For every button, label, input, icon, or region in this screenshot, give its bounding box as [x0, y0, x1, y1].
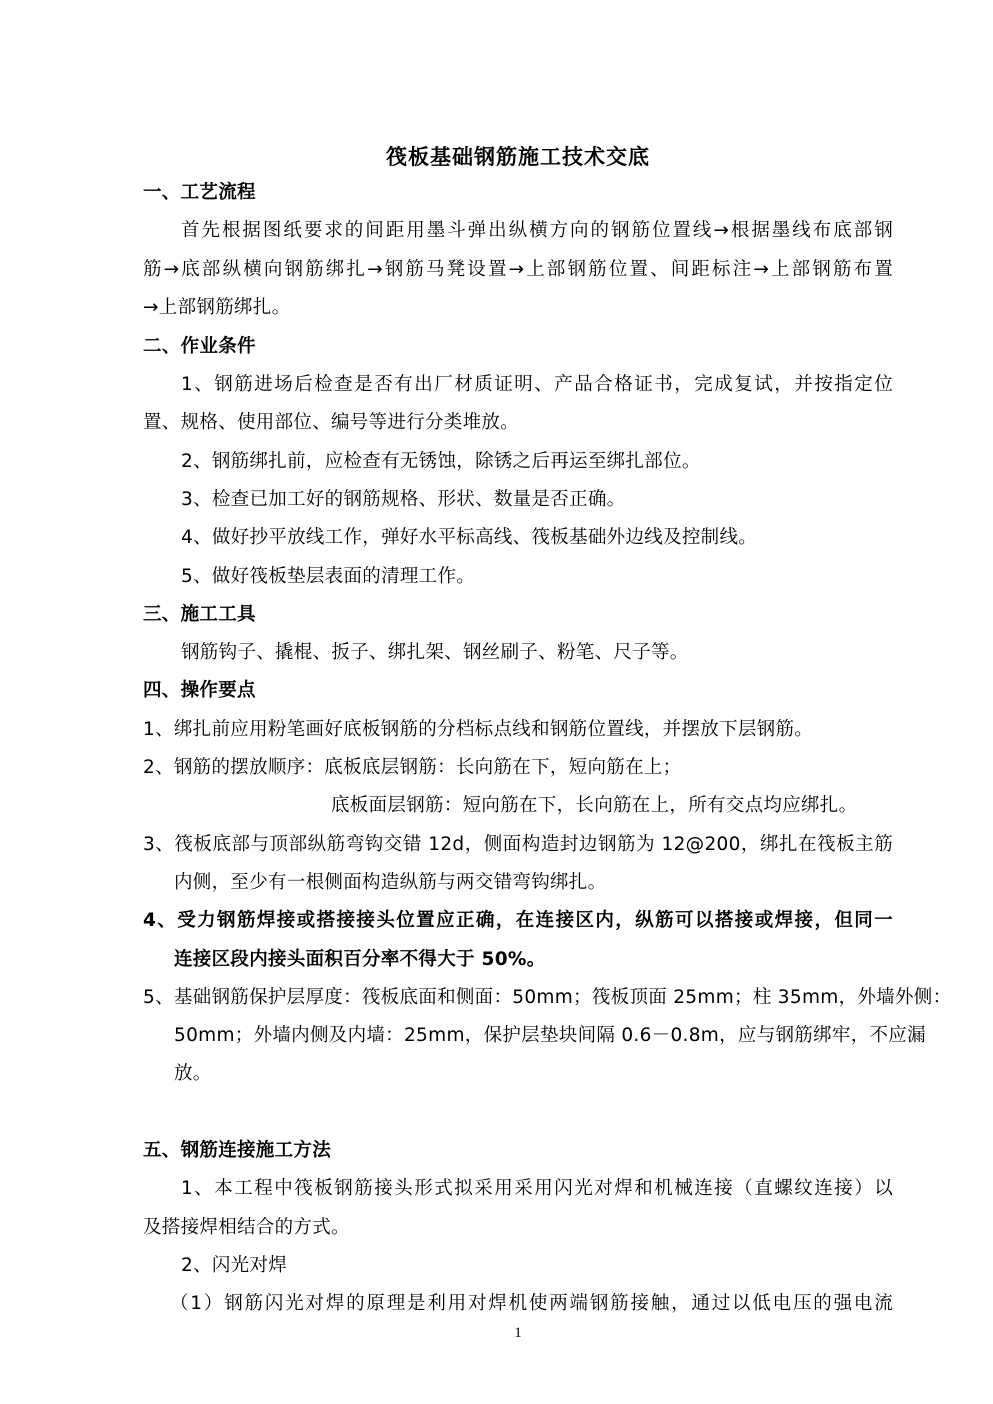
paragraph-line: →上部钢筋绑扎。 — [143, 297, 290, 319]
list-item: 4、做好抄平放线工作，弹好水平标高线、筏板基础外边线及控制线。 — [181, 527, 757, 549]
section-heading-1: 一、工艺流程 — [143, 182, 256, 204]
list-item: 3、检查已加工好的钢筋规格、形状、数量是否正确。 — [181, 489, 625, 511]
section-heading-4: 四、操作要点 — [143, 680, 256, 702]
paragraph-line: 钢筋钩子、撬棍、扳子、绑扎架、钢丝刷子、粉笔、尺子等。 — [181, 642, 689, 664]
list-item: 2、钢筋的摆放顺序：底板底层钢筋：长向筋在下，短向筋在上； — [143, 757, 681, 779]
list-item-continuation: 及搭接焊相结合的方式。 — [143, 1217, 350, 1239]
list-item: 2、钢筋绑扎前，应检查有无锈蚀，除锈之后再运至绑扎部位。 — [181, 451, 701, 473]
page-title: 筏板基础钢筋施工技术交底 — [143, 141, 893, 171]
list-item-continuation-emphasis: 连接区段内接头面积百分率不得大于 50%。 — [174, 949, 546, 971]
list-item-continuation: 50mm；外墙内侧及内墙：25mm，保护层垫块间隔 0.6－0.8m，应与钢筋绑… — [174, 1025, 893, 1047]
list-item: 1、本工程中筏板钢筋接头形式拟采用采用闪光对焊和机械连接（直螺纹连接）以 — [181, 1178, 893, 1200]
list-item-continuation: 内侧，至少有一根侧面构造纵筋与两交错弯钩绑扎。 — [174, 872, 606, 894]
list-item-continuation: 置、规格、使用部位、编号等进行分类堆放。 — [143, 412, 519, 434]
list-item: 5、做好筏板垫层表面的清理工作。 — [181, 566, 475, 588]
paragraph-line: 首先根据图纸要求的间距用墨斗弹出纵横方向的钢筋位置线→根据墨线布底部钢 — [181, 220, 893, 242]
list-item: 5、基础钢筋保护层厚度：筏板底面和侧面：50mm；筏板顶面 25mm；柱 35m… — [143, 987, 893, 1009]
list-item: （1）钢筋闪光对焊的原理是利用对焊机使两端钢筋接触，通过以低电压的强电流 — [170, 1293, 893, 1315]
section-heading-3: 三、施工工具 — [143, 604, 256, 626]
page-number: 1 — [143, 1325, 893, 1342]
list-item: 1、钢筋进场后检查是否有出厂材质证明、产品合格证书，完成复试，并按指定位 — [181, 374, 893, 396]
list-item-continuation: 底板面层钢筋：短向筋在下，长向筋在上，所有交点均应绑扎。 — [331, 795, 857, 817]
list-item: 3、筏板底部与顶部纵筋弯钩交错 12d，侧面构造封边钢筋为 12@200，绑扎在… — [143, 834, 893, 856]
list-item-emphasis: 4、受力钢筋焊接或搭接接头位置应正确，在连接区内，纵筋可以搭接或焊接，但同一 — [143, 910, 893, 932]
paragraph-line: 筋→底部纵横向钢筋绑扎→钢筋马凳设置→上部钢筋位置、间距标注→上部钢筋布置 — [143, 259, 893, 281]
list-item-continuation: 放。 — [174, 1063, 212, 1085]
section-heading-5: 五、钢筋连接施工方法 — [143, 1140, 331, 1162]
section-heading-2: 二、作业条件 — [143, 336, 256, 358]
list-item: 1、绑扎前应用粉笔画好底板钢筋的分档标点线和钢筋位置线，并摆放下层钢筋。 — [143, 719, 813, 741]
subheading: 2、闪光对焊 — [181, 1255, 287, 1277]
